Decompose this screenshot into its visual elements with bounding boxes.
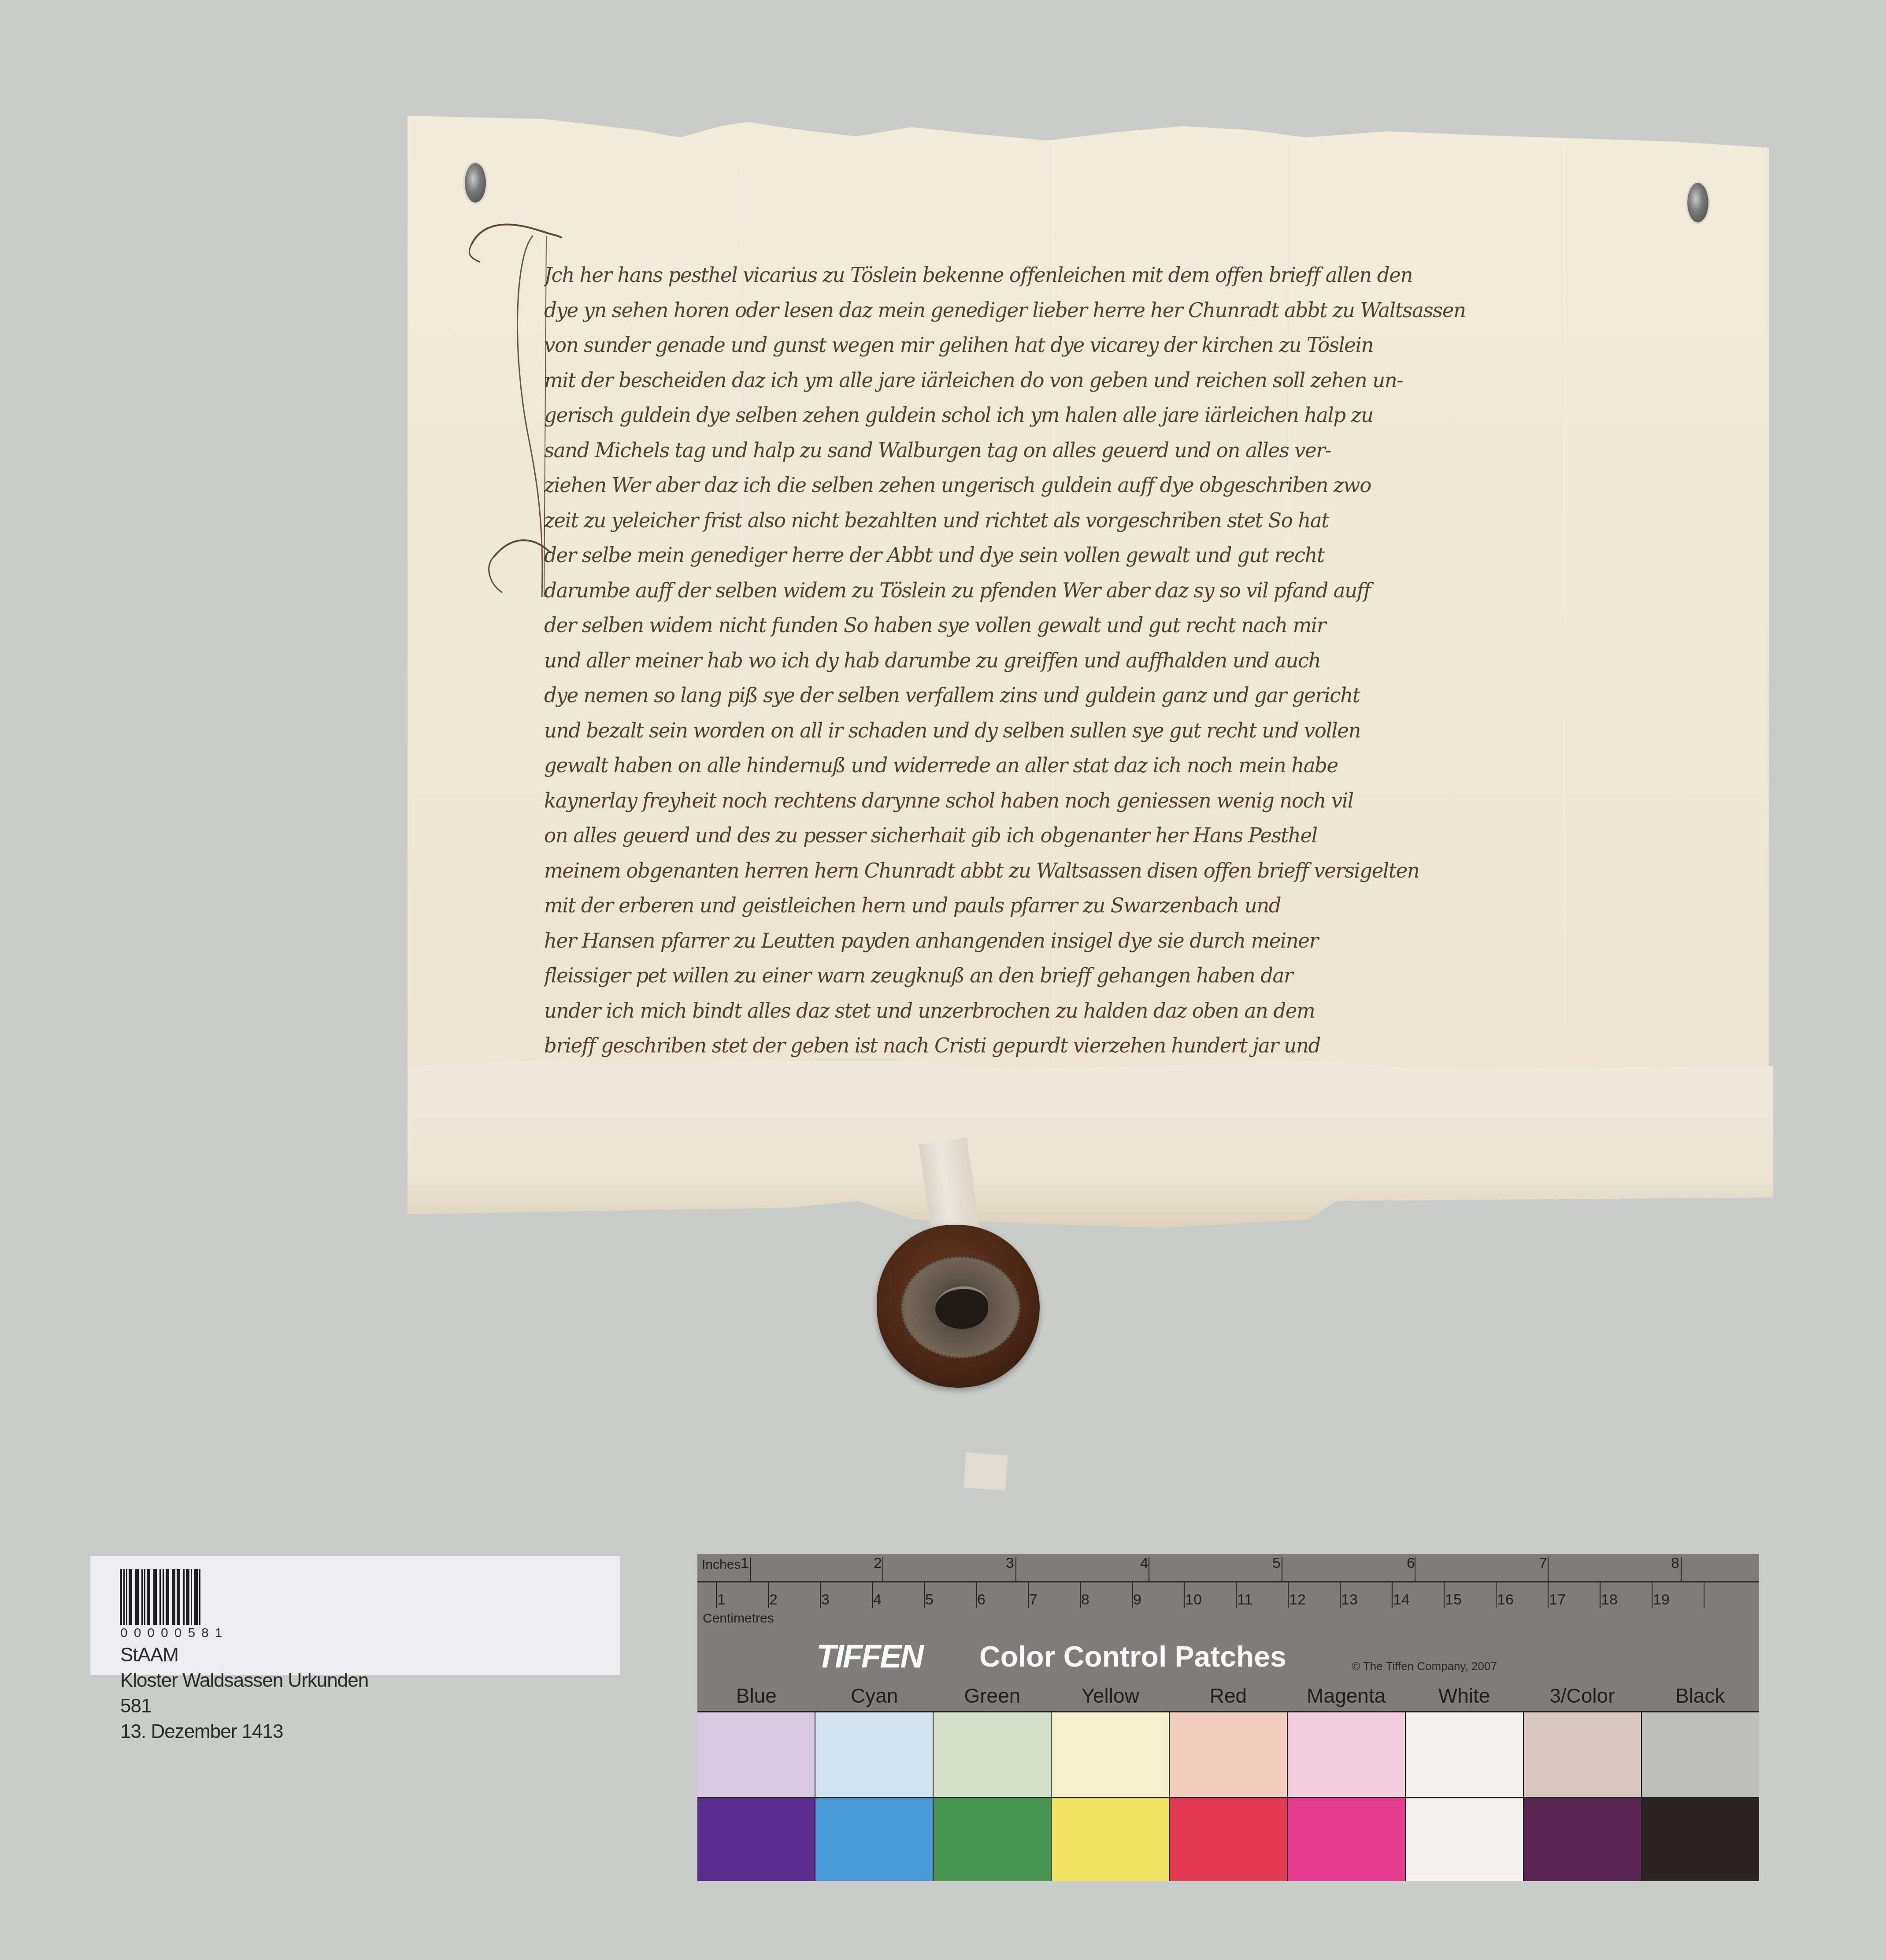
patch-label-magenta: Magenta xyxy=(1287,1682,1405,1710)
patch-light-black xyxy=(1641,1712,1759,1798)
text-line: gewalt haben on alle hindernuß und wider… xyxy=(544,748,1736,783)
cm-tick-label: 5 xyxy=(925,1591,934,1608)
cm-tick-label: 14 xyxy=(1393,1591,1410,1608)
cm-tick-label: 10 xyxy=(1185,1591,1202,1608)
inch-tick-label: 6 xyxy=(1407,1555,1415,1572)
patch-dark-green xyxy=(933,1798,1051,1881)
cm-tick-label: 1 xyxy=(717,1591,726,1608)
text-line: und aller meiner hab wo ich dy hab darum… xyxy=(544,643,1736,678)
text-line: von sunder genade und gunst wegen mir ge… xyxy=(544,328,1736,363)
cm-tick-label: 2 xyxy=(769,1591,778,1608)
text-line: on alles geuerd und des zu pesser sicher… xyxy=(544,818,1736,853)
seal-tag-tail xyxy=(963,1452,1008,1490)
document-date: 13. Dezember 1413 xyxy=(120,1721,283,1743)
text-line: ziehen Wer aber daz ich die selben zehen… xyxy=(544,468,1736,503)
cm-tick-label: 13 xyxy=(1341,1591,1358,1608)
cm-tick-label: 12 xyxy=(1289,1591,1306,1608)
chart-copyright: © The Tiffen Company, 2007 xyxy=(1352,1660,1497,1673)
patch-label-green: Green xyxy=(934,1682,1052,1710)
cm-tick-label: 7 xyxy=(1029,1591,1037,1608)
cm-tick-label: 16 xyxy=(1497,1591,1514,1608)
text-line: mit der bescheiden daz ich ym alle jare … xyxy=(544,363,1736,398)
patch-dark-3color xyxy=(1523,1798,1641,1881)
cm-tick-label: 18 xyxy=(1601,1591,1618,1608)
collection-name: Kloster Waldsassen Urkunden xyxy=(120,1670,368,1692)
patch-dark-yellow xyxy=(1051,1798,1169,1881)
dark-patch-row xyxy=(697,1797,1759,1881)
mounting-hole-left xyxy=(465,163,486,203)
text-line: her Hansen pfarrer zu Leutten payden anh… xyxy=(544,923,1736,959)
text-line: der selben widem nicht funden So haben s… xyxy=(544,608,1736,643)
text-line: zeit zu yeleicher frist also nicht bezah… xyxy=(544,503,1736,538)
tiffen-logo: TIFFEN xyxy=(816,1638,923,1675)
inch-tick-label: 4 xyxy=(1140,1555,1149,1572)
patch-dark-black xyxy=(1641,1798,1759,1881)
patch-light-magenta xyxy=(1287,1712,1405,1798)
text-line: und bezalt sein worden on all ir schaden… xyxy=(544,713,1736,748)
patch-dark-cyan xyxy=(815,1798,933,1881)
barcode-icon xyxy=(120,1569,208,1625)
cm-tick-label: 17 xyxy=(1549,1591,1566,1608)
patch-label-blue: Blue xyxy=(697,1682,815,1710)
text-line: sand Michels tag und halp zu sand Walbur… xyxy=(544,433,1736,468)
seal-emblem-icon xyxy=(935,1286,988,1329)
patch-light-blue xyxy=(697,1712,815,1798)
archive-label: 00000581 StAAM Kloster Waldsassen Urkund… xyxy=(90,1556,620,1675)
text-line: Jch her hans pesthel vicarius zu Töslein… xyxy=(544,258,1736,293)
cm-tick-label: 9 xyxy=(1133,1591,1141,1608)
barcode-digits: 00000581 xyxy=(120,1626,228,1641)
text-line: kaynerlay freyheit noch rechtens darynne… xyxy=(544,783,1736,819)
cm-tick-label: 15 xyxy=(1445,1591,1462,1608)
seal-impression xyxy=(901,1256,1020,1358)
patch-labels: Blue Cyan Green Yellow Red Magenta White… xyxy=(697,1682,1759,1710)
text-line: gerisch guldein dye selben zehen guldein… xyxy=(544,398,1736,433)
mounting-hole-right xyxy=(1687,183,1708,222)
text-line: dye nemen so lang piß sye der selben ver… xyxy=(544,678,1736,713)
text-line: under ich mich bindt alles daz stet und … xyxy=(544,993,1736,1029)
charter-parchment: Jch her hans pesthel vicarius zu Töslein… xyxy=(408,104,1773,1231)
cm-tick-label: 11 xyxy=(1237,1591,1252,1608)
patch-dark-magenta xyxy=(1287,1798,1405,1881)
patch-light-white xyxy=(1405,1712,1523,1798)
patch-light-green xyxy=(933,1712,1051,1798)
cm-tick-label: 4 xyxy=(873,1591,882,1608)
text-line: der selbe mein genediger herre der Abbt … xyxy=(544,538,1736,573)
light-patch-row xyxy=(697,1711,1759,1798)
patch-label-white: White xyxy=(1405,1682,1523,1710)
inch-ruler: Inches xyxy=(697,1554,1759,1582)
patch-light-cyan xyxy=(815,1712,933,1798)
patch-label-black: Black xyxy=(1641,1682,1759,1710)
patch-label-yellow: Yellow xyxy=(1051,1682,1169,1710)
cm-tick-label: 3 xyxy=(821,1591,830,1608)
parchment-sheet: Jch her hans pesthel vicarius zu Töslein… xyxy=(408,104,1769,1130)
patch-dark-red xyxy=(1169,1798,1287,1881)
inch-tick-label: 5 xyxy=(1272,1555,1281,1572)
text-line: mit der erberen und geistleichen hern un… xyxy=(544,888,1736,923)
patch-dark-white xyxy=(1405,1798,1523,1881)
patch-dark-blue xyxy=(697,1798,815,1881)
cm-tick-label: 6 xyxy=(977,1591,986,1608)
text-line: dye yn sehen horen oder lesen daz mein g… xyxy=(544,293,1736,328)
text-line: fleissiger pet willen zu einer warn zeug… xyxy=(544,958,1736,993)
parchment-plica-fold xyxy=(408,1060,1773,1228)
cm-tick-label: 19 xyxy=(1653,1591,1670,1608)
inch-tick-label: 1 xyxy=(741,1555,749,1572)
centimetres-label: Centimetres xyxy=(703,1611,774,1626)
patch-label-3color: 3/Color xyxy=(1523,1682,1641,1710)
patch-light-yellow xyxy=(1051,1712,1169,1798)
chart-title: Color Control Patches xyxy=(979,1640,1286,1673)
patch-label-red: Red xyxy=(1169,1682,1287,1710)
wax-seal xyxy=(877,1225,1040,1388)
charter-text: Jch her hans pesthel vicarius zu Töslein… xyxy=(544,258,1760,1098)
inch-tick-label: 3 xyxy=(1006,1555,1014,1572)
text-line: darumbe auff der selben widem zu Töslein… xyxy=(544,573,1736,608)
cm-tick-label: 8 xyxy=(1081,1591,1089,1608)
document-number: 581 xyxy=(120,1695,151,1717)
inch-tick-label: 7 xyxy=(1539,1555,1547,1572)
inch-tick-label: 2 xyxy=(874,1555,882,1572)
patch-label-cyan: Cyan xyxy=(815,1682,934,1710)
patch-light-3color xyxy=(1523,1712,1641,1798)
patch-light-red xyxy=(1169,1712,1287,1798)
archive-name: StAAM xyxy=(120,1644,178,1666)
inches-label: Inches xyxy=(702,1557,741,1572)
inch-tick-label: 8 xyxy=(1671,1555,1679,1572)
tiffen-color-chart: Inches Centimetres 1 2 3 4 5 6 7 8 1 2 3… xyxy=(697,1554,1759,1880)
text-line: brieff geschriben stet der geben ist nac… xyxy=(544,1028,1736,1063)
text-line: meinem obgenanten herren hern Chunradt a… xyxy=(544,853,1736,889)
